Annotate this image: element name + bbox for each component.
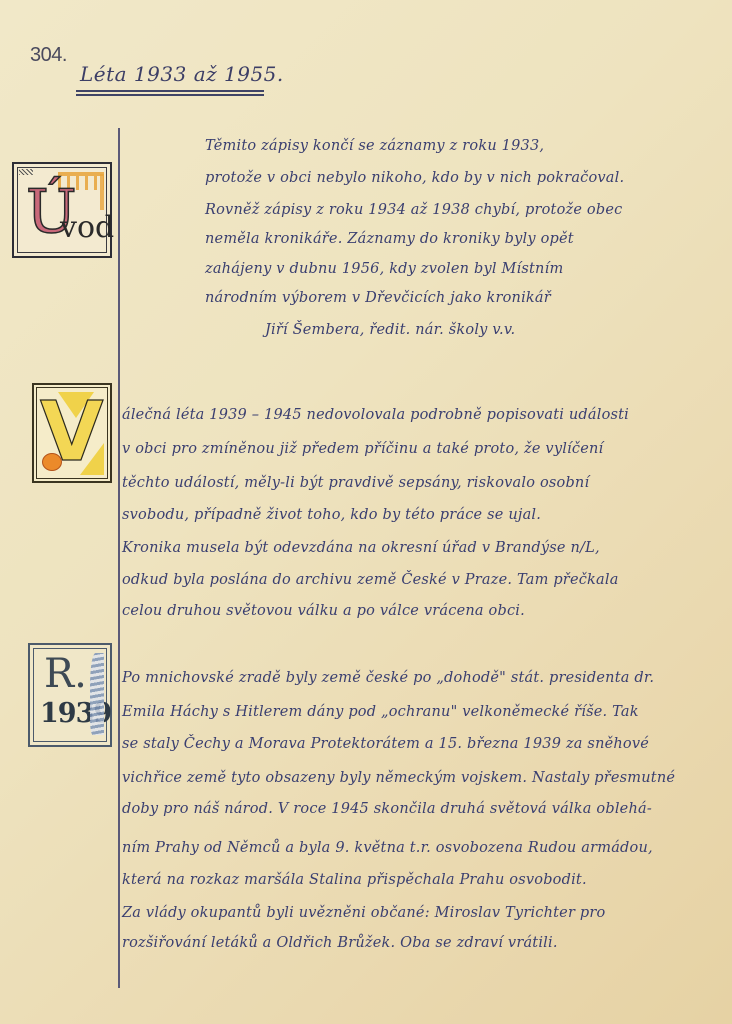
text-line: v obci pro zmíněnou již předem příčinu a… <box>122 441 603 457</box>
text-line: celou druhou světovou válku a po válce v… <box>122 603 525 619</box>
title-underline <box>76 90 264 92</box>
swirl-ornament <box>42 453 62 471</box>
text-line: Za vlády okupantů byli uvězněni občané: … <box>122 905 605 921</box>
text-line: álečná léta 1939 – 1945 nedovolovala pod… <box>122 407 629 423</box>
text-line: Kronika musela být odevzdána na okresní … <box>122 540 600 556</box>
text-line: vichřice země tyto obsazeny byly německý… <box>122 770 675 786</box>
initial-v: V <box>32 383 112 483</box>
text-line: Rovněž zápisy z roku 1934 až 1938 chybí,… <box>205 202 622 218</box>
text-line: rozšiřování letáků a Oldřich Brůžek. Oba… <box>122 935 558 951</box>
initial-uvod: Ú vod <box>12 162 112 258</box>
wave-ornament <box>90 653 104 735</box>
corner-hatch-ornament <box>19 169 33 175</box>
initial-r-1939: R. 1939 <box>28 643 112 747</box>
text-line: protože v obci nebylo nikoho, kdo by v n… <box>205 170 624 186</box>
text-line: svobodu, případně život toho, kdo by tét… <box>122 507 541 523</box>
margin-line <box>118 128 120 988</box>
text-line: Jiří Šembera, ředit. nár. školy v.v. <box>265 322 515 338</box>
text-line: se staly Čechy a Morava Protektorátem a … <box>122 736 649 752</box>
text-line: neměla kronikáře. Záznamy do kroniky byl… <box>205 231 574 247</box>
page-number: 304. <box>30 44 67 67</box>
text-line: těchto událostí, měly-li být pravdivě se… <box>122 475 589 491</box>
title-underline-second <box>76 94 264 96</box>
text-line: Po mnichovské zradě byly země české po „… <box>122 670 654 686</box>
page-title: Léta 1933 až 1955. <box>80 62 284 86</box>
initial-big-letter: R. <box>44 651 87 697</box>
side-ornament <box>100 174 104 210</box>
text-line: která na rozkaz maršála Stalina přispěch… <box>122 872 587 888</box>
text-line: odkud byla poslána do archivu země České… <box>122 572 619 588</box>
text-line: doby pro náš národ. V roce 1945 skončila… <box>122 801 652 817</box>
text-line: národním výborem v Dřevčicích jako kroni… <box>205 290 551 306</box>
initial-rest: vod <box>60 208 114 248</box>
text-line: Emila Háchy s Hitlerem dány pod „ochranu… <box>122 704 639 720</box>
text-line: Těmito zápisy končí se záznamy z roku 19… <box>205 138 544 154</box>
text-line: zahájeny v dubnu 1956, kdy zvolen byl Mí… <box>205 261 563 277</box>
text-line: ním Prahy od Němců a byla 9. května t.r.… <box>122 840 653 856</box>
